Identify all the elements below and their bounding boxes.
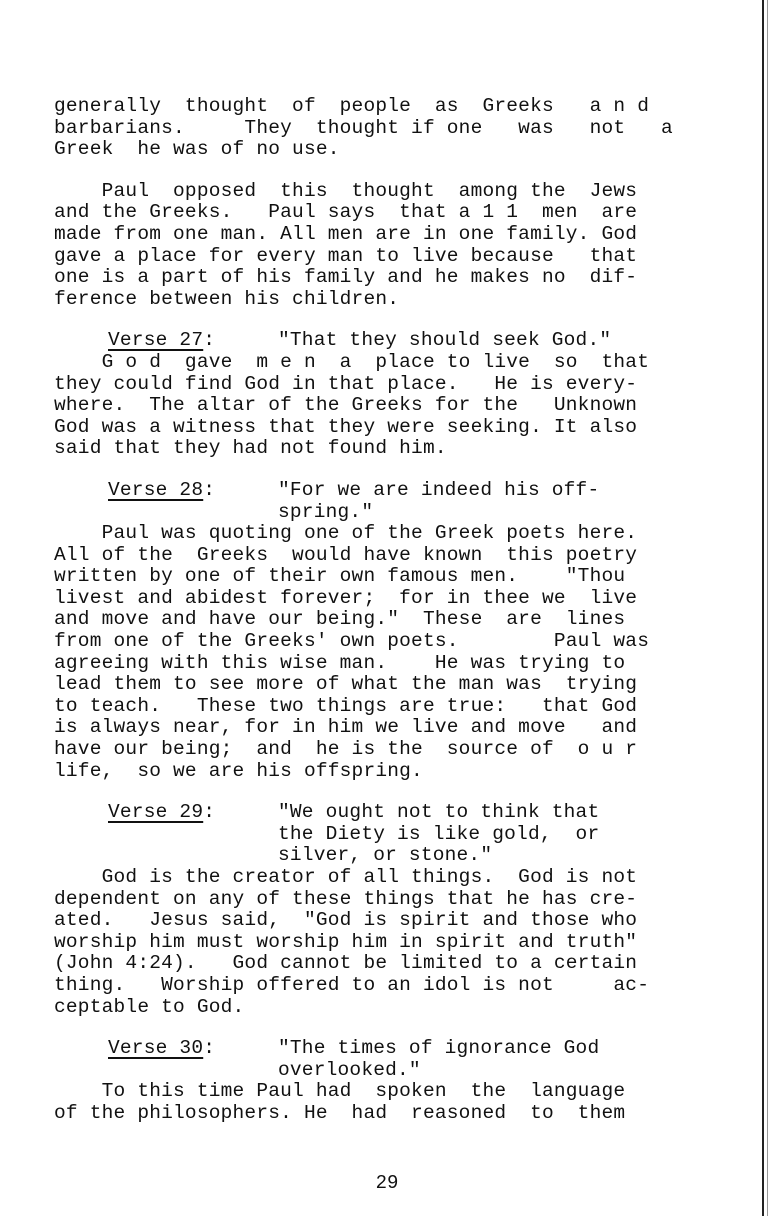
text-line: is always near, for in him we live and m… — [54, 717, 694, 739]
text-line: where. The altar of the Greeks for the U… — [54, 395, 694, 417]
text-line: worship him must worship him in spirit a… — [54, 932, 694, 954]
text-line: life, so we are his offspring. — [54, 761, 694, 783]
text-line: God is the creator of all things. God is… — [54, 867, 694, 889]
text-line: lead them to see more of what the man wa… — [54, 674, 694, 696]
verse-29-section: Verse 29: "We ought not to think that th… — [54, 802, 694, 1018]
text-line: written by one of their own famous men. … — [54, 566, 694, 588]
text-line: thing. Worship offered to an idol is not… — [54, 975, 694, 997]
text-line: ated. Jesus said, "God is spirit and tho… — [54, 910, 694, 932]
text-line: (John 4:24). God cannot be limited to a … — [54, 953, 694, 975]
verse-quote: "That they should seek God." — [278, 330, 611, 352]
text-line: Greek he was of no use. — [54, 139, 694, 161]
intro-paragraph: generally thought of people as Greeks a … — [54, 96, 694, 161]
text-line: dependent on any of these things that he… — [54, 889, 694, 911]
page-edge-line — [767, 0, 768, 1216]
text-line: one is a part of his family and he makes… — [54, 267, 694, 289]
text-line: To this time Paul had spoken the languag… — [54, 1081, 694, 1103]
text-line: of the philosophers. He had reasoned to … — [54, 1103, 694, 1125]
text-line: and the Greeks. Paul says that a 1 1 men… — [54, 202, 694, 224]
verse-quote-continued: the Diety is like gold, or — [54, 824, 694, 846]
text-line: livest and abidest forever; for in thee … — [54, 588, 694, 610]
verse-27-section: Verse 27: "That they should seek God." G… — [54, 330, 694, 460]
text-line: they could find God in that place. He is… — [54, 374, 694, 396]
verse-label: Verse 30: — [54, 1038, 278, 1060]
text-line: gave a place for every man to live becau… — [54, 246, 694, 268]
text-line: and move and have our being." These are … — [54, 609, 694, 631]
text-line: barbarians. They thought if one was not … — [54, 118, 694, 140]
paragraph-paul-opposed: Paul opposed this thought among the Jews… — [54, 181, 694, 311]
text-line: made from one man. All men are in one fa… — [54, 224, 694, 246]
verse-quote: "For we are indeed his off- — [278, 480, 599, 502]
text-line: Paul opposed this thought among the Jews — [54, 181, 694, 203]
verse-label: Verse 27: — [54, 330, 278, 352]
text-line: ceptable to God. — [54, 997, 694, 1019]
text-line: to teach. These two things are true: tha… — [54, 696, 694, 718]
book-page: generally thought of people as Greeks a … — [54, 96, 694, 1125]
text-line: agreeing with this wise man. He was tryi… — [54, 653, 694, 675]
text-line: God was a witness that they were seeking… — [54, 417, 694, 439]
text-line: said that they had not found him. — [54, 438, 694, 460]
verse-quote-continued: silver, or stone." — [54, 845, 694, 867]
verse-label: Verse 28: — [54, 480, 278, 502]
text-line: generally thought of people as Greeks a … — [54, 96, 694, 118]
page-number: 29 — [0, 1172, 774, 1194]
text-line: Paul was quoting one of the Greek poets … — [54, 523, 694, 545]
verse-quote: "We ought not to think that — [278, 802, 599, 824]
verse-label: Verse 29: — [54, 802, 278, 824]
text-line: ference between his children. — [54, 289, 694, 311]
text-line: G o d gave m e n a place to live so that — [54, 352, 694, 374]
verse-quote-continued: spring." — [54, 502, 694, 524]
verse-quote: "The times of ignorance God — [278, 1038, 599, 1060]
verse-quote-continued: overlooked." — [54, 1060, 694, 1082]
text-line: All of the Greeks would have known this … — [54, 545, 694, 567]
text-line: have our being; and he is the source of … — [54, 739, 694, 761]
verse-28-section: Verse 28: "For we are indeed his off- sp… — [54, 480, 694, 782]
page-edge-shadow — [762, 0, 764, 1216]
verse-30-section: Verse 30: "The times of ignorance God ov… — [54, 1038, 694, 1124]
text-line: from one of the Greeks' own poets. Paul … — [54, 631, 694, 653]
